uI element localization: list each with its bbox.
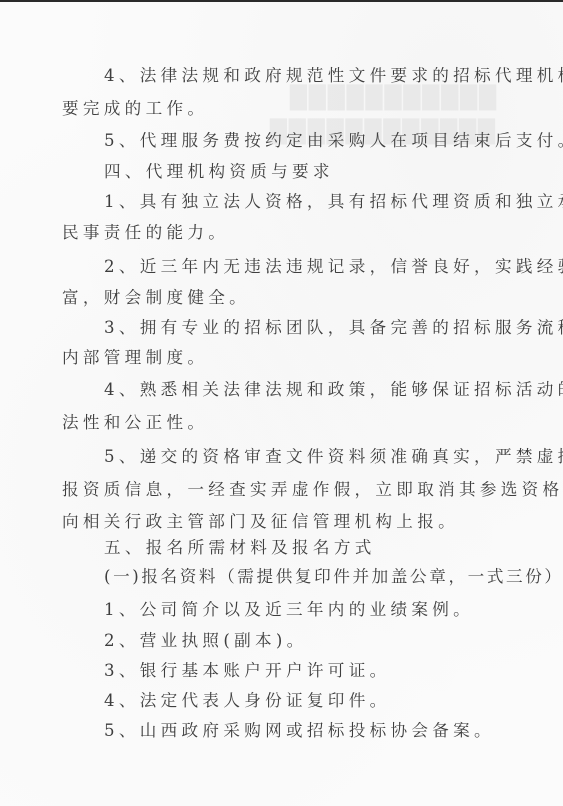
paragraph-line: 内部管理制度。 — [62, 348, 208, 368]
paragraph-line: 1、具有独立法人资格，具有招标代理资质和独立承担 — [104, 192, 563, 212]
list-item: 3、银行基本账户开户许可证。 — [104, 661, 390, 681]
paragraph-line: 报资质信息，一经查实弄虚作假，立即取消其参选资格，并 — [62, 480, 563, 500]
paragraph-line: 4、法律法规和政府规范性文件要求的招标代理机构需 — [104, 66, 563, 86]
section-heading: 四、代理机构资质与要求 — [104, 162, 334, 182]
paragraph-line: 2、近三年内无违法违规记录，信誉良好，实践经验丰 — [104, 257, 563, 277]
paragraph-line: 富，财会制度健全。 — [62, 288, 250, 308]
list-item: 5、山西政府采购网或招标投标协会备案。 — [104, 721, 495, 741]
top-edge-border — [0, 0, 563, 2]
list-item: 4、法定代表人身份证复印件。 — [104, 691, 390, 711]
scanned-page: ███████████ ████████████ 4、法律法规和政府规范性文件要… — [0, 0, 563, 806]
paragraph-line: 法性和公正性。 — [62, 413, 208, 433]
list-item: 2、营业执照(副本)。 — [104, 631, 308, 651]
paragraph-line: 向相关行政主管部门及征信管理机构上报。 — [62, 512, 459, 532]
section-heading: 五、报名所需材料及报名方式 — [104, 538, 376, 558]
paragraph-line: 要完成的工作。 — [62, 99, 208, 119]
paragraph-line: 3、拥有专业的招标团队，具备完善的招标服务流程和 — [104, 318, 563, 338]
paragraph-line: 4、熟悉相关法律法规和政策，能够保证招标活动的合 — [104, 380, 563, 400]
subsection-heading: (一)报名资料（需提供复印件并加盖公章，一式三份） — [104, 567, 563, 587]
paragraph-line: 民事责任的能力。 — [62, 223, 229, 243]
paragraph-line: 5、递交的资格审查文件资料须准确真实，严禁虚报瞒 — [104, 447, 563, 467]
paragraph-line: 5、代理服务费按约定由采购人在项目结束后支付。 — [104, 131, 563, 151]
list-item: 1、公司简介以及近三年内的业绩案例。 — [104, 600, 474, 620]
bleed-through-shadow: ███████████ — [290, 86, 498, 111]
